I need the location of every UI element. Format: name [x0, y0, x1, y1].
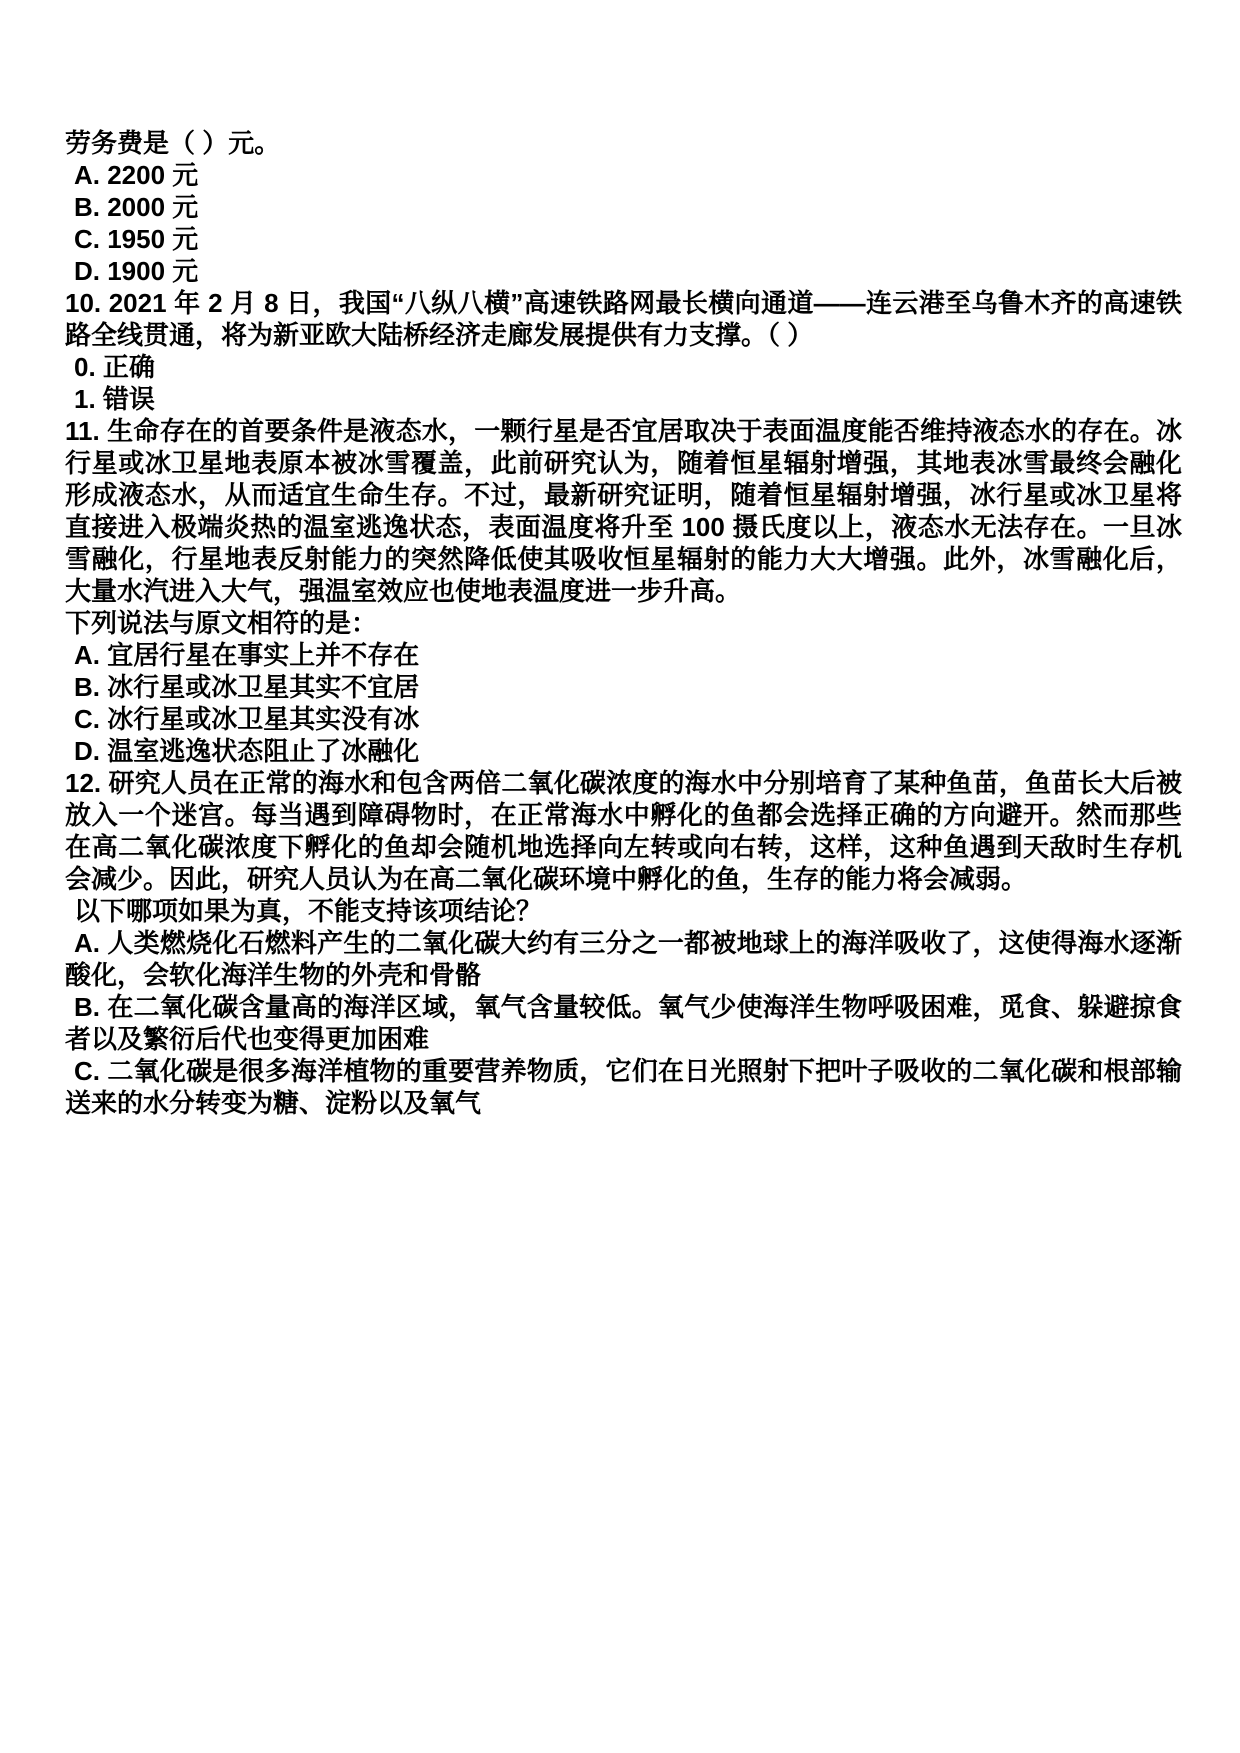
question11-option-d: D. 温室逃逸状态阻止了冰融化: [65, 735, 1182, 767]
question9-option-d: D. 1900 元: [65, 255, 1182, 287]
question9-stem-tail: 劳务费是（ ）元。: [65, 127, 1182, 159]
question11-option-c: C. 冰行星或冰卫星其实没有冰: [65, 703, 1182, 735]
question10-stem: 10. 2021 年 2 月 8 日，我国“八纵八横”高速铁路网最长横向通道——…: [65, 287, 1182, 351]
question9-option-c: C. 1950 元: [65, 223, 1182, 255]
question10-option-1-wrong: 1. 错误: [65, 383, 1182, 415]
question9-option-b: B. 2000 元: [65, 191, 1182, 223]
question11-question-line: 下列说法与原文相符的是：: [65, 607, 1182, 639]
exam-document-page: 劳务费是（ ）元。 A. 2200 元 B. 2000 元 C. 1950 元 …: [0, 0, 1240, 1753]
question11-option-b: B. 冰行星或冰卫星其实不宜居: [65, 671, 1182, 703]
question9-option-a: A. 2200 元: [65, 159, 1182, 191]
question11-passage: 11. 生命存在的首要条件是液态水，一颗行星是否宜居取决于表面温度能否维持液态水…: [65, 415, 1182, 607]
question12-passage: 12. 研究人员在正常的海水和包含两倍二氧化碳浓度的海水中分别培育了某种鱼苗，鱼…: [65, 767, 1182, 895]
question12-option-c: C. 二氧化碳是很多海洋植物的重要营养物质，它们在日光照射下把叶子吸收的二氧化碳…: [65, 1055, 1182, 1119]
question12-option-a: A. 人类燃烧化石燃料产生的二氧化碳大约有三分之一都被地球上的海洋吸收了，这使得…: [65, 927, 1182, 991]
question12-option-b: B. 在二氧化碳含量高的海洋区域，氧气含量较低。氧气少使海洋生物呼吸困难，觅食、…: [65, 991, 1182, 1055]
question11-option-a: A. 宜居行星在事实上并不存在: [65, 639, 1182, 671]
question10-option-0-correct: 0. 正确: [65, 351, 1182, 383]
question12-question-line: 以下哪项如果为真，不能支持该项结论？: [65, 895, 1182, 927]
